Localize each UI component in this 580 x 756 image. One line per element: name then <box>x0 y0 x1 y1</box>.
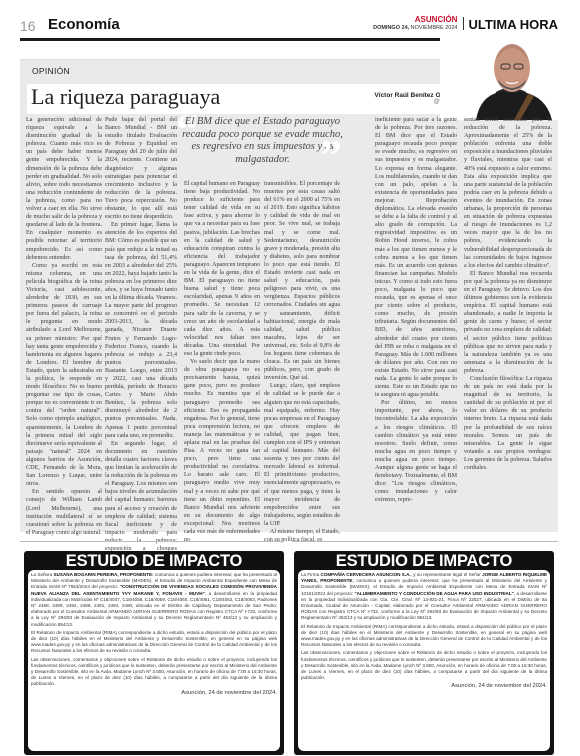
ad-signature: Asunción, 24 de noviembre del 2024. <box>301 683 547 689</box>
page-number: 16 <box>20 18 36 34</box>
ad-paragraph: La Firma COMPAÑÍA CERVECERA ASUNCION S.A… <box>301 572 547 622</box>
quote-close-icon: ” <box>320 130 342 181</box>
ad-paragraph: La Señora SUSANA BOGARIN PEREIRA, PROPON… <box>31 572 277 628</box>
paragraph: Por último, no menos importante, por aho… <box>375 399 457 504</box>
ad-text: , y su representante legal el Señor <box>411 572 482 577</box>
ad-text: , a desarrollarse en la propiedad indivi… <box>31 591 277 627</box>
ad-body: La Señora SUSANA BOGARIN PEREIRA, PROPON… <box>28 570 280 751</box>
paragraph: ineficiente para sacar a la gente de la … <box>375 116 457 399</box>
ad-paragraph: El Relatorio de Impacto Ambiental (RIMA)… <box>301 624 547 649</box>
ad-text: La Señora <box>31 572 53 577</box>
article-column-3: El capital humano en Paraguay tiene baja… <box>184 180 260 544</box>
kicker: OPINIÓN <box>32 66 70 76</box>
article-column-4: transmisibles. El porcentaje de muertes … <box>264 180 340 544</box>
ad-company: COMPAÑÍA CERVECERA ASUNCION S.A. <box>320 572 410 577</box>
author-photo <box>440 30 558 120</box>
paragraph: La generación adicional de riqueza equiv… <box>26 116 102 262</box>
article-column-6: sentan serias amenazas para la reducción… <box>464 116 552 472</box>
article-column-1: La generación adicional de riqueza equiv… <box>26 116 102 537</box>
paragraph: Luego, claro, qué empleos de calidad se … <box>264 382 340 528</box>
date-day: DOMINGO 24, <box>373 25 409 31</box>
ad-body: La Firma COMPAÑÍA CERVECERA ASUNCION S.A… <box>298 570 550 751</box>
ad-project: "ALUMBRAMIENTO Y CONDUCCIÓN DE AGUA PARA… <box>354 591 513 596</box>
paragraph: Yo suelo decir que la mano de obra parag… <box>184 358 260 544</box>
section-name: Economía <box>48 16 120 33</box>
ad-proponent: SUSANA BOGARIN PEREIRA, PROPONENTE: <box>53 572 153 577</box>
ad-paragraph: Las observaciones, comentarios y objecio… <box>301 650 547 681</box>
ad-text: La Firma <box>301 572 320 577</box>
paragraph: transmisibles. El porcentaje de muertes … <box>264 180 340 382</box>
paragraph: En sentido opuesto al consejo de William… <box>26 488 102 537</box>
paragraph: En primer lugar, llama la atención de lo… <box>105 221 177 440</box>
paragraph: El Banco Mundial nos recuerda por qué la… <box>464 270 552 375</box>
paragraph: En segundo lugar, el documento en cuesti… <box>105 440 177 561</box>
paragraph: Conclusión filosófica: La riqueza de un … <box>464 375 552 472</box>
article-column-5: ineficiente para sacar a la gente de la … <box>375 116 457 505</box>
legal-notice-ad-2: ESTUDIO DE IMPACTO AMBIENTAL La Firma CO… <box>294 551 554 755</box>
legal-notice-ad-1: ESTUDIO DE IMPACTO AMBIENTAL La Señora S… <box>24 551 284 755</box>
ad-divider <box>20 541 284 542</box>
ad-signature: Asunción, 24 de noviembre del 2024. <box>31 690 277 696</box>
paragraph: El capital humano en Paraguay tiene baja… <box>184 180 260 358</box>
ad-paragraph: El Relatorio de Impacto Ambiental (RIMA)… <box>31 630 277 655</box>
paragraph: Como ya escribí en esta misma columna, e… <box>26 262 102 489</box>
city: ASUNCIÓN <box>373 16 457 24</box>
ad-divider <box>292 541 558 542</box>
ad-paragraph: Las observaciones, comentarios y objecio… <box>31 657 277 688</box>
paragraph: sentan serias amenazas para la reducción… <box>464 116 552 270</box>
paragraph: Pude bajar del portal del Banco Mundial … <box>105 116 177 221</box>
article-column-2: Pude bajar del portal del Banco Mundial … <box>105 116 177 561</box>
